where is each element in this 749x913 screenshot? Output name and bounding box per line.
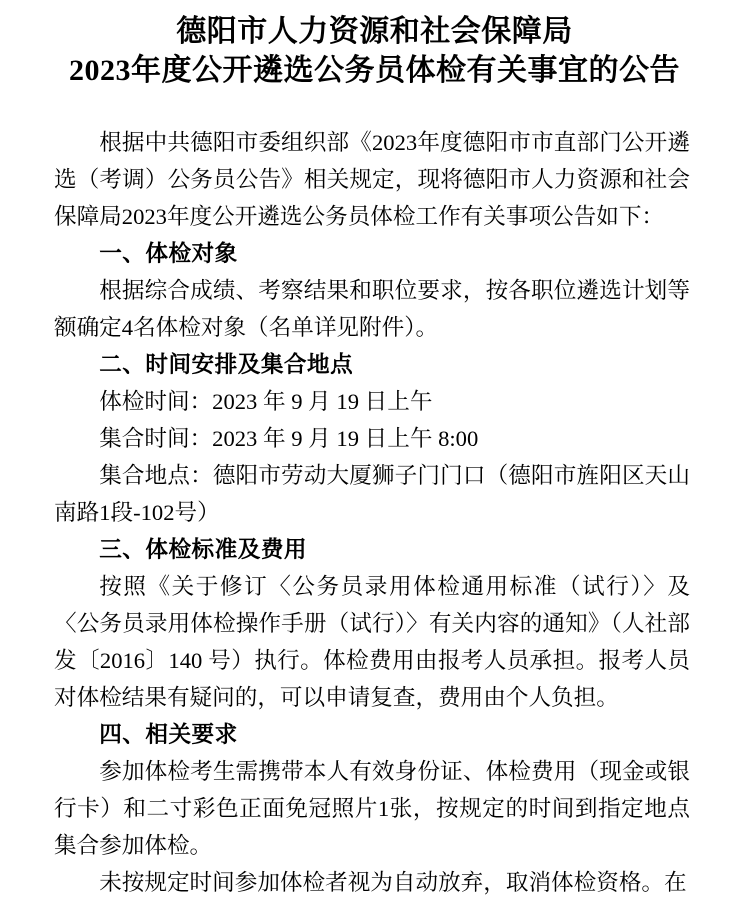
doc-paragraph: 根据中共德阳市委组织部《2023年度德阳市市直部门公开遴选（考调）公务员公告》相… bbox=[54, 124, 690, 235]
doc-paragraph: 按照《关于修订〈公务员录用体检通用标准（试行）〉及〈公务员录用体检操作手册（试行… bbox=[54, 568, 690, 716]
doc-paragraph: 集合地点：德阳市劳动大厦狮子门门口（德阳市旌阳区天山南路1段-102号） bbox=[54, 457, 690, 531]
document-body: 根据中共德阳市委组织部《2023年度德阳市市直部门公开遴选（考调）公务员公告》相… bbox=[54, 124, 690, 901]
document-page: 德阳市人力资源和社会保障局 2023年度公开遴选公务员体检有关事宜的公告 根据中… bbox=[0, 0, 749, 913]
doc-paragraph: 根据综合成绩、考察结果和职位要求，按各职位遴选计划等额确定4名体检对象（名单详见… bbox=[54, 272, 690, 346]
section-heading: 四、相关要求 bbox=[54, 716, 690, 753]
document-title-line1: 德阳市人力资源和社会保障局 bbox=[0, 12, 749, 51]
section-heading: 二、时间安排及集合地点 bbox=[54, 346, 690, 383]
doc-paragraph: 参加体检考生需携带本人有效身份证、体检费用（现金或银行卡）和二寸彩色正面免冠照片… bbox=[54, 753, 690, 864]
doc-paragraph: 体检时间：2023 年 9 月 19 日上午 bbox=[54, 383, 690, 420]
doc-paragraph: 未按规定时间参加体检者视为自动放弃，取消体检资格。在 bbox=[54, 864, 690, 901]
document-title: 德阳市人力资源和社会保障局 2023年度公开遴选公务员体检有关事宜的公告 bbox=[0, 0, 749, 90]
section-heading: 三、体检标准及费用 bbox=[54, 531, 690, 568]
section-heading: 一、体检对象 bbox=[54, 235, 690, 272]
doc-paragraph: 集合时间：2023 年 9 月 19 日上午 8:00 bbox=[54, 420, 690, 457]
document-title-line2: 2023年度公开遴选公务员体检有关事宜的公告 bbox=[0, 51, 749, 90]
